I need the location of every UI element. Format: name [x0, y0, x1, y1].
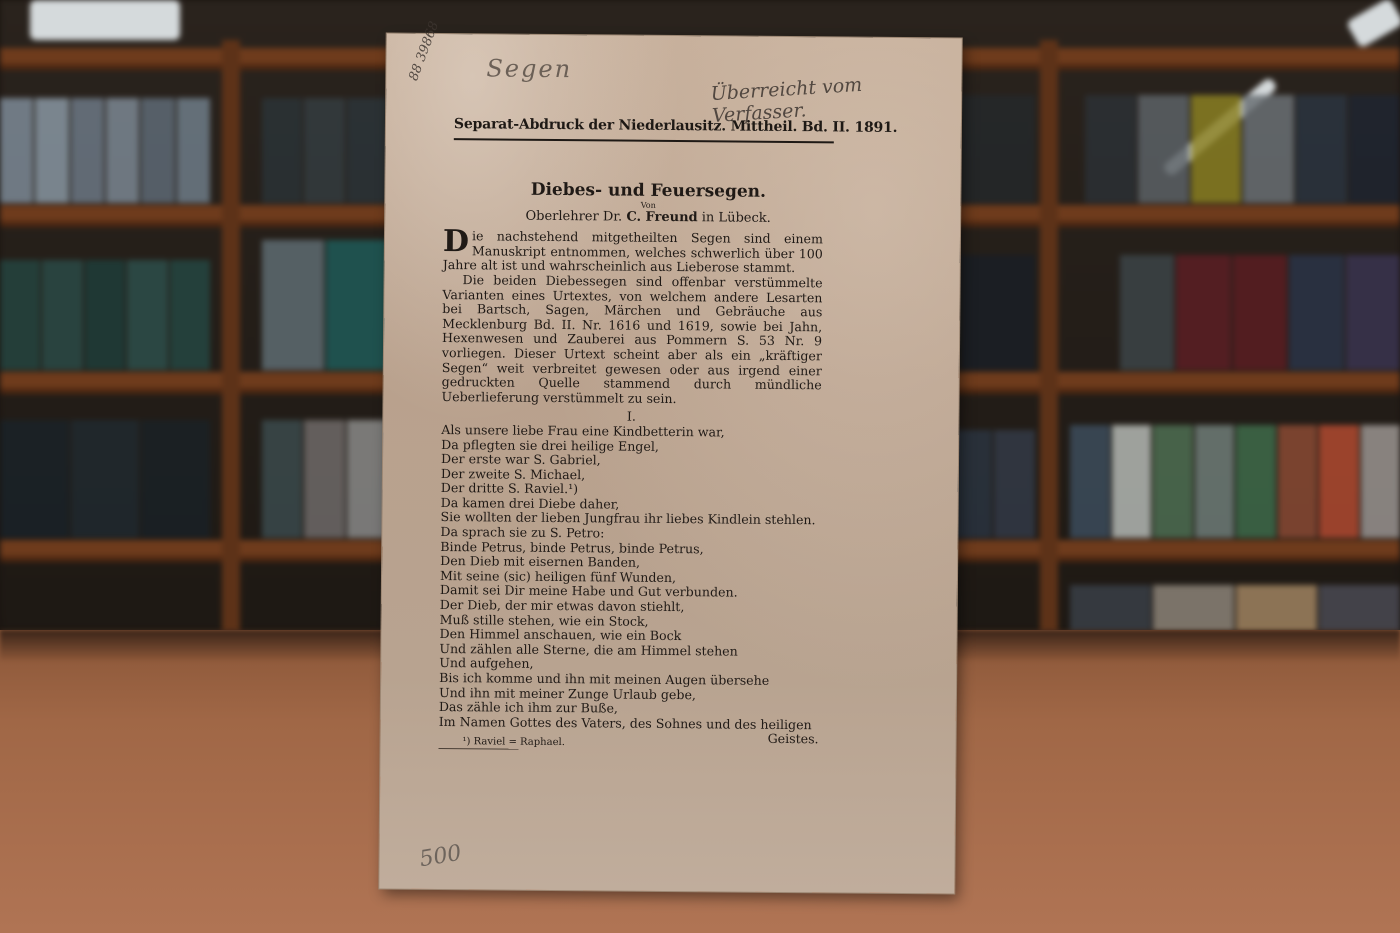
byline: Oberlehrer Dr. C. Freund in Lübeck.: [473, 209, 823, 227]
books-row: [262, 98, 387, 203]
books-row: [0, 260, 210, 370]
books-row: [1085, 95, 1400, 203]
handwritten-number: 500: [418, 841, 464, 873]
ceiling-light: [1346, 0, 1400, 48]
books-row: [0, 420, 210, 538]
books-row: [0, 98, 210, 203]
books-row: [960, 95, 1035, 203]
author-location: in Lübeck.: [702, 210, 771, 226]
ceiling-light: [30, 0, 180, 40]
printed-pamphlet: 88 39868 Segen Überreicht vom Verfasser.…: [379, 34, 961, 894]
offprint-header: Separat-Abdruck der Niederlausitz. Mitth…: [454, 116, 834, 143]
shelf-post: [222, 40, 240, 660]
footnote: ¹) Raviel = Raphael.: [462, 735, 818, 753]
photo-scene: 88 39868 Segen Überreicht vom Verfasser.…: [0, 0, 1400, 933]
second-paragraph: Die beiden Diebessegen sind offenbar ver…: [442, 273, 823, 408]
books-row: [1070, 425, 1400, 538]
books-row: [1120, 255, 1400, 370]
books-row: [1070, 585, 1400, 635]
books-row: [262, 240, 387, 370]
handwritten-subject: Segen: [486, 54, 572, 83]
author-name: C. Freund: [626, 209, 697, 225]
books-row: [262, 420, 387, 538]
document-title: Diebes- und Feuersegen.: [473, 182, 823, 200]
author-title: Oberlehrer Dr.: [525, 208, 622, 224]
document-body: Diebes- und Feuersegen. Von Oberlehrer D…: [438, 182, 823, 753]
drop-cap: D: [443, 229, 469, 255]
books-row: [960, 255, 1035, 370]
shelf-post: [1040, 40, 1058, 660]
books-row: [950, 430, 1035, 538]
intro-paragraph: Die nachstehend mitgetheilten Segen sind…: [443, 229, 823, 276]
verse-block: Als unsere liebe Frau eine Kindbetterin …: [439, 423, 822, 747]
